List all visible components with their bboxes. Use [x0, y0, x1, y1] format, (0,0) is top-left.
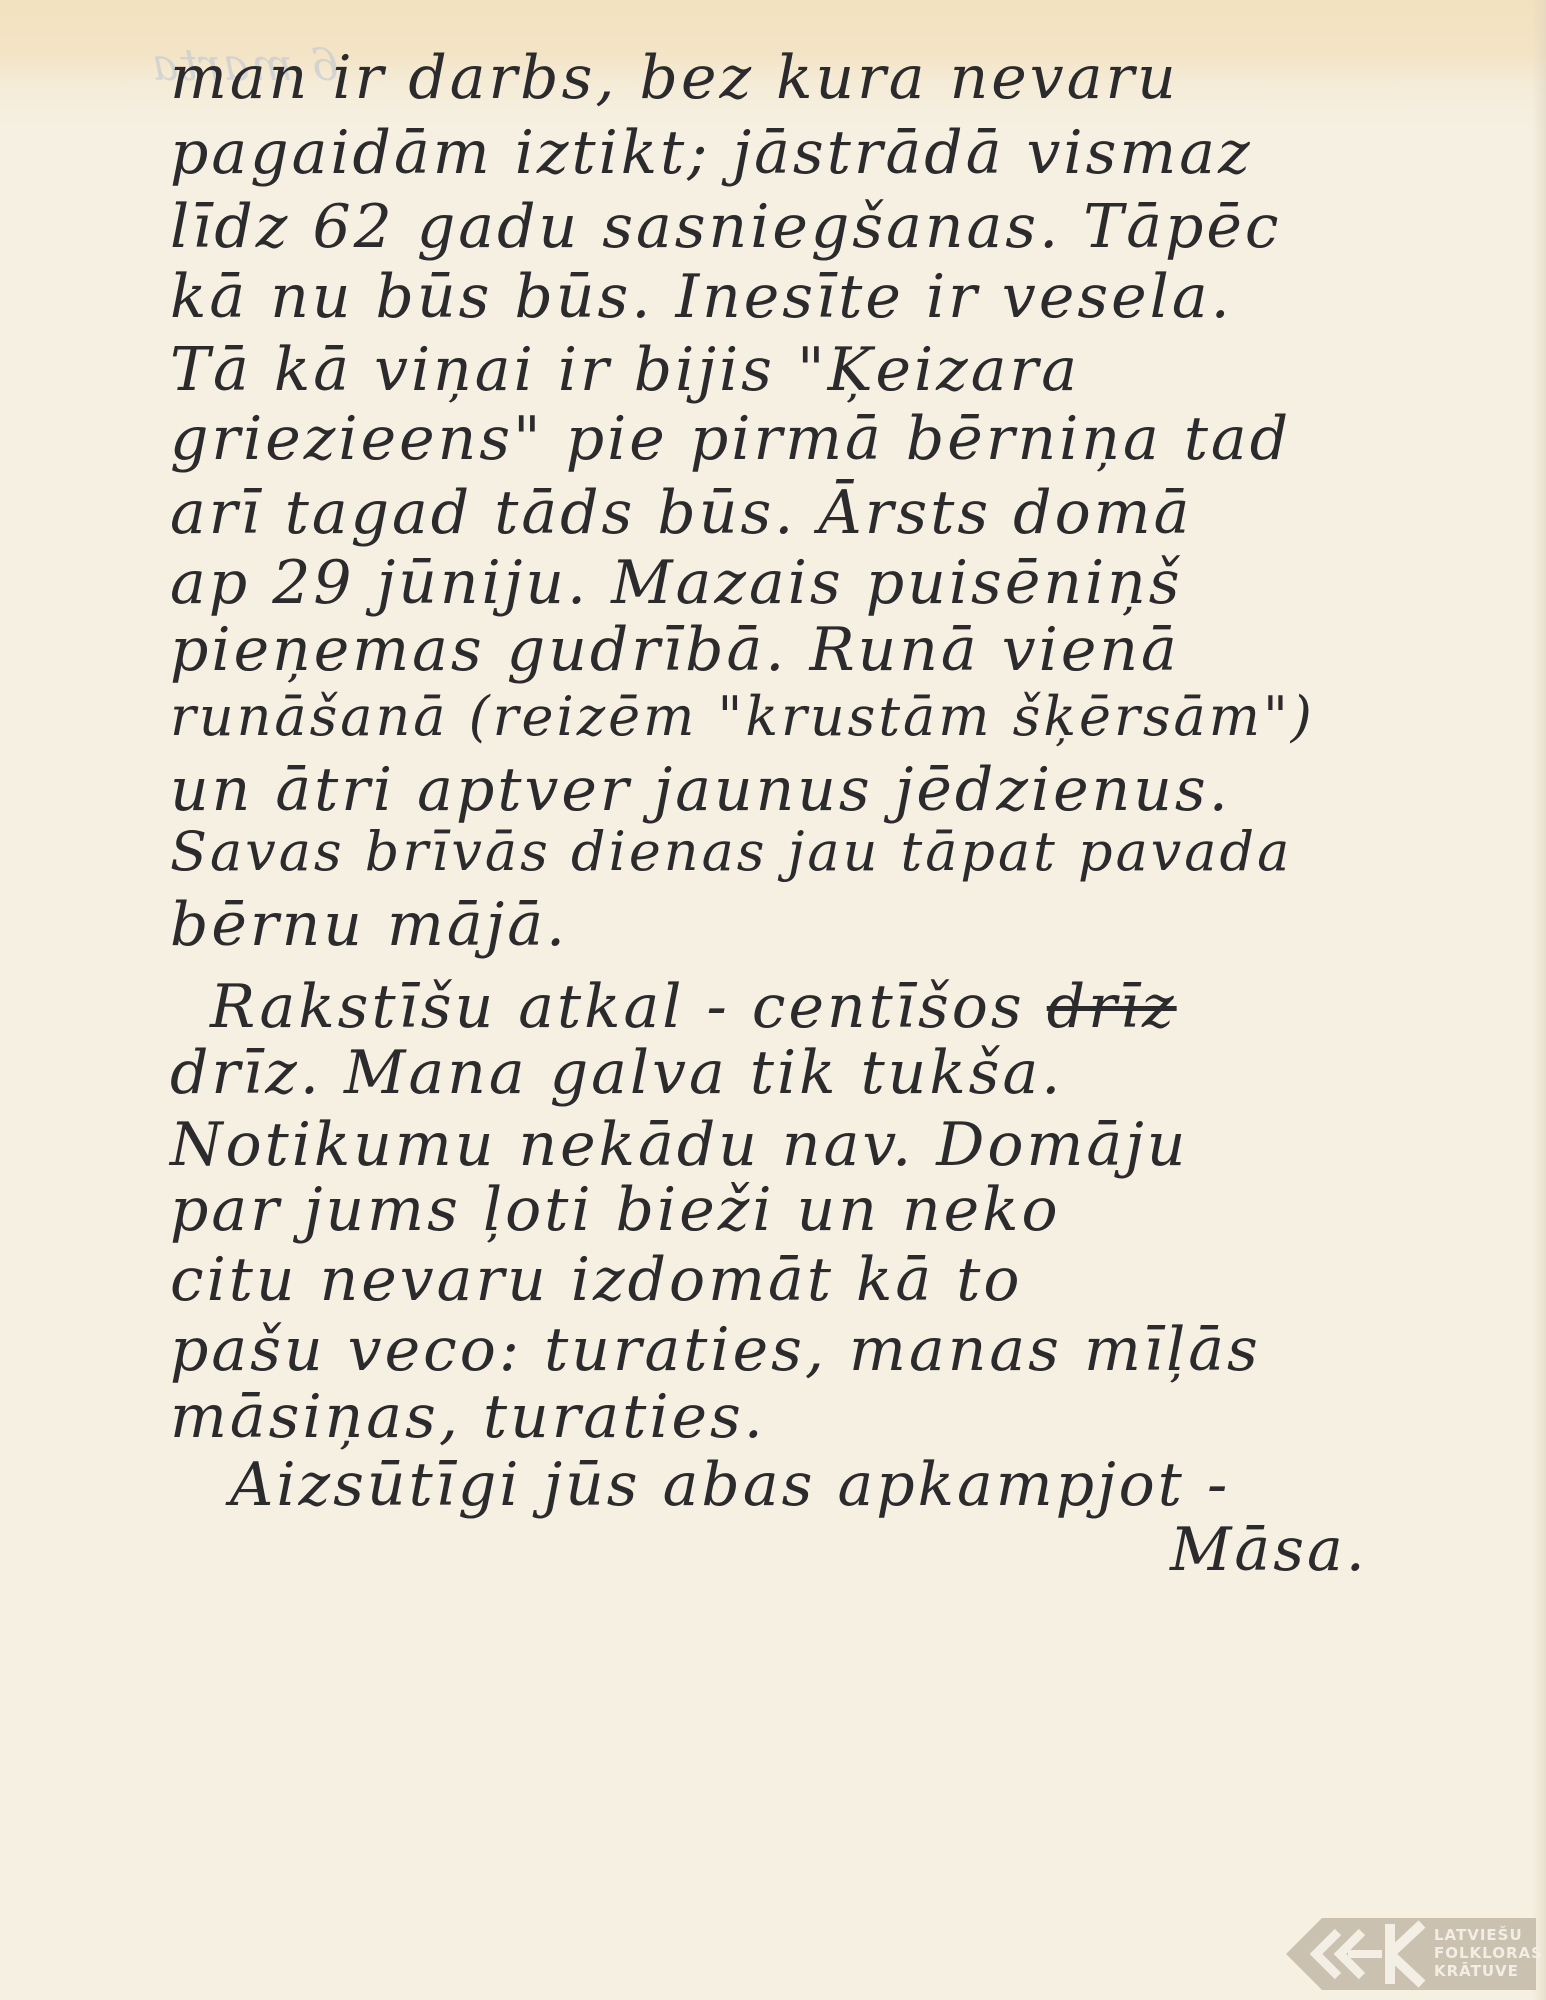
letter-line: ap 29 jūniju. Mazais puisēniņš — [170, 553, 1183, 613]
logo-line-3: KRĀTUVE — [1434, 1962, 1534, 1980]
letter-line: Tā kā viņai ir bijis "Ķeizara — [170, 340, 1080, 400]
letter-line: līdz 62 gadu sasniegšanas. Tāpēc — [170, 197, 1282, 257]
logo-line-2: FOLKLORAS — [1434, 1944, 1534, 1962]
paper-right-edge — [1532, 0, 1546, 2000]
letter-line: pieņemas gudrībā. Runā vienā — [170, 620, 1180, 680]
struck-word: drīz — [1047, 972, 1177, 1042]
archive-logo: LATVIEŠU FOLKLORAS KRĀTUVE — [1286, 1918, 1536, 1990]
letter-line: citu nevaru izdomāt kā to — [170, 1250, 1022, 1310]
logo-text: LATVIEŠU FOLKLORAS KRĀTUVE — [1434, 1926, 1534, 1980]
letter-line: arī tagad tāds būs. Ārsts domā — [170, 483, 1192, 543]
letter-line: pagaidām iztikt; jāstrādā vismaz — [170, 123, 1253, 183]
letter-line: runāšanā (reizēm "krustām šķērsām") — [170, 690, 1315, 744]
letter-line: māsiņas, turaties. — [170, 1387, 766, 1447]
letter-line: bērnu mājā. — [170, 895, 568, 955]
letter-text: Rakstīšu atkal - centīšos — [210, 972, 1025, 1042]
letter-line: Notikumu nekādu nav. Domāju — [170, 1115, 1188, 1175]
letter-signature: Māsa. — [1170, 1520, 1368, 1580]
logo-line-1: LATVIEŠU — [1434, 1926, 1534, 1944]
letter-line: kā nu būs būs. Inesīte ir vesela. — [170, 267, 1233, 327]
letter-line: drīz. Mana galva tik tukša. — [170, 1043, 1063, 1103]
letter-line: Savas brīvās dienas jau tāpat pavada — [170, 825, 1292, 879]
letter-line: griezieens" pie pirmā bērniņa tad — [170, 409, 1291, 469]
letter-line: Rakstīšu atkal - centīšos drīz — [210, 977, 1177, 1037]
letter-closing: Aizsūtīgi jūs abas apkampjot - — [230, 1455, 1230, 1515]
letter-line: par jums ļoti bieži un neko — [170, 1180, 1061, 1240]
letter-line: pašu veco: turaties, manas mīļās — [170, 1320, 1261, 1380]
letter-line: un ātri aptver jaunus jēdzienus. — [170, 760, 1231, 820]
letter-line: man ir darbs, bez kura nevaru — [170, 48, 1179, 108]
